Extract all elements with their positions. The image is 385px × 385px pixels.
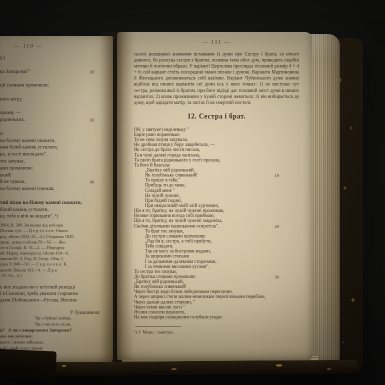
- poem-line: [0, 124, 101, 131]
- poem-line: ький!: [0, 172, 101, 179]
- section-title: 12. Сестра і брат.: [134, 113, 299, 121]
- intro-paragraph: сього) розширені значними вставками із д…: [134, 52, 299, 106]
- poem-line: ції словами промовляє:: [0, 83, 101, 90]
- duma-poem: Ой, у святую¹) неділеньку ″ Барзе рано п…: [134, 127, 299, 320]
- poem-line: ами промовляє:: [0, 165, 101, 172]
- poem-line: [0, 62, 101, 69]
- photo-background: — 110 — у.): [0, 0, 385, 385]
- poem-line-text: ами промовляє:: [0, 165, 33, 171]
- book-cover-bottom-edge: [24, 360, 358, 376]
- poem-line: [0, 193, 101, 200]
- right-page-content: — 111 — сього) розширені значними вставк…: [117, 32, 312, 360]
- poem-line-text: білий камінь устилати,: [0, 207, 49, 213]
- poem-line-text: на білому камені скожати,: [0, 138, 56, 144]
- poem-line-text: нам білий камінь устилати,: [0, 145, 58, 151]
- commentary-paragraph: о них згадали ми у вступній розвідці і в…: [0, 285, 101, 305]
- poem-line: [0, 89, 101, 96]
- poem-line-text: тий пісок на білому камені скожати,: [0, 200, 82, 206]
- poem-line: ро, в гості виглядати".: [0, 152, 101, 159]
- left-page-content: — 110 — у.): [0, 36, 113, 362]
- left-page: — 110 — у.): [0, 36, 113, 362]
- poem-line: тоє зачуває,: [0, 158, 101, 165]
- poem-line: На моє подвіря сизокрилим голубком упади: [134, 315, 299, 320]
- paragraph-line: і в Галичині, треба уважати старшими: [0, 291, 101, 298]
- poem-line: у.): [0, 55, 101, 62]
- poem-line-text: о:: [0, 131, 4, 137]
- poem-line: орожя, —: [0, 110, 101, 117]
- poem-line-text: ного вітру,: [0, 96, 23, 102]
- poem-line: [0, 76, 101, 83]
- poem-line: тий пісок на білому камені скожати,: [0, 200, 101, 207]
- poem-line-text: на білому камені іскожав,: [0, 186, 55, 192]
- left-poem-fragments: у.) ка Запорожя?" 20: [0, 55, 101, 221]
- poem-line-text: ка Запорожя?": [0, 69, 31, 75]
- line-number: 40: [90, 180, 95, 185]
- poem-line-text: ції словами промовляє:: [0, 83, 49, 89]
- right-page: — 111 — сього) розширені значними вставк…: [117, 32, 312, 360]
- poem-line: [0, 103, 101, 110]
- footnote-rule: [135, 327, 181, 328]
- poem-line: рідненьких. 30: [0, 117, 101, 124]
- poem-line-text: орожя, —: [0, 110, 21, 116]
- bibliography-note: 1904, II. 300. Записано від кобзаря Полт…: [0, 223, 101, 279]
- paragraph-line: о них згадали ми у вступній розвідці: [0, 285, 101, 292]
- page-number: — 110 —: [14, 43, 101, 49]
- poem-line: нам білий камінь устилати,: [0, 145, 101, 152]
- poem-line-text: ку, тебе в вічі не видати", ¹): [0, 214, 58, 220]
- poem-line-text: ро, в гості виглядати".: [0, 152, 47, 158]
- poem-line: білий камінь устилати,: [0, 207, 101, 214]
- bibliography-line: , IV, 33—5.): [0, 273, 101, 279]
- poem-line: на білому камені скожати,: [0, 138, 101, 145]
- page-number: — 111 —: [134, 39, 299, 45]
- footnote: ¹) У Марк.: сьвятую.: [134, 330, 299, 335]
- lukashevych-heading: У Лукашевича:: [70, 310, 101, 315]
- line-number: 30: [90, 118, 95, 123]
- poem-line: ного вітру,: [0, 96, 101, 103]
- poem-line: о:: [0, 131, 101, 138]
- line-number: 20: [90, 69, 95, 74]
- poem-line: й не чувала, 40: [0, 179, 101, 186]
- poem-line-text: На моє подвіря сизокрилим голубком упади: [134, 315, 222, 320]
- poem-line-text: тоє зачуває,: [0, 158, 25, 164]
- poem-line-text: ький!: [0, 172, 12, 178]
- open-book: — 110 — у.): [0, 28, 385, 378]
- poem-line-text: й не чувала,: [0, 179, 26, 185]
- poem-line: ку, тебе в вічі не видати", ¹): [0, 214, 101, 221]
- book-cover-bottom-left-edge: [0, 349, 57, 380]
- paragraph-line: думи (Чубинського—Русова, Метлин-: [0, 298, 101, 305]
- poem-line: ка Запорожя?" 20: [0, 69, 101, 76]
- poem-line: на білому камені іскожав,: [0, 186, 101, 193]
- poem-line-text: рідненьких.: [0, 117, 25, 123]
- poem-line-text: у.): [0, 55, 5, 61]
